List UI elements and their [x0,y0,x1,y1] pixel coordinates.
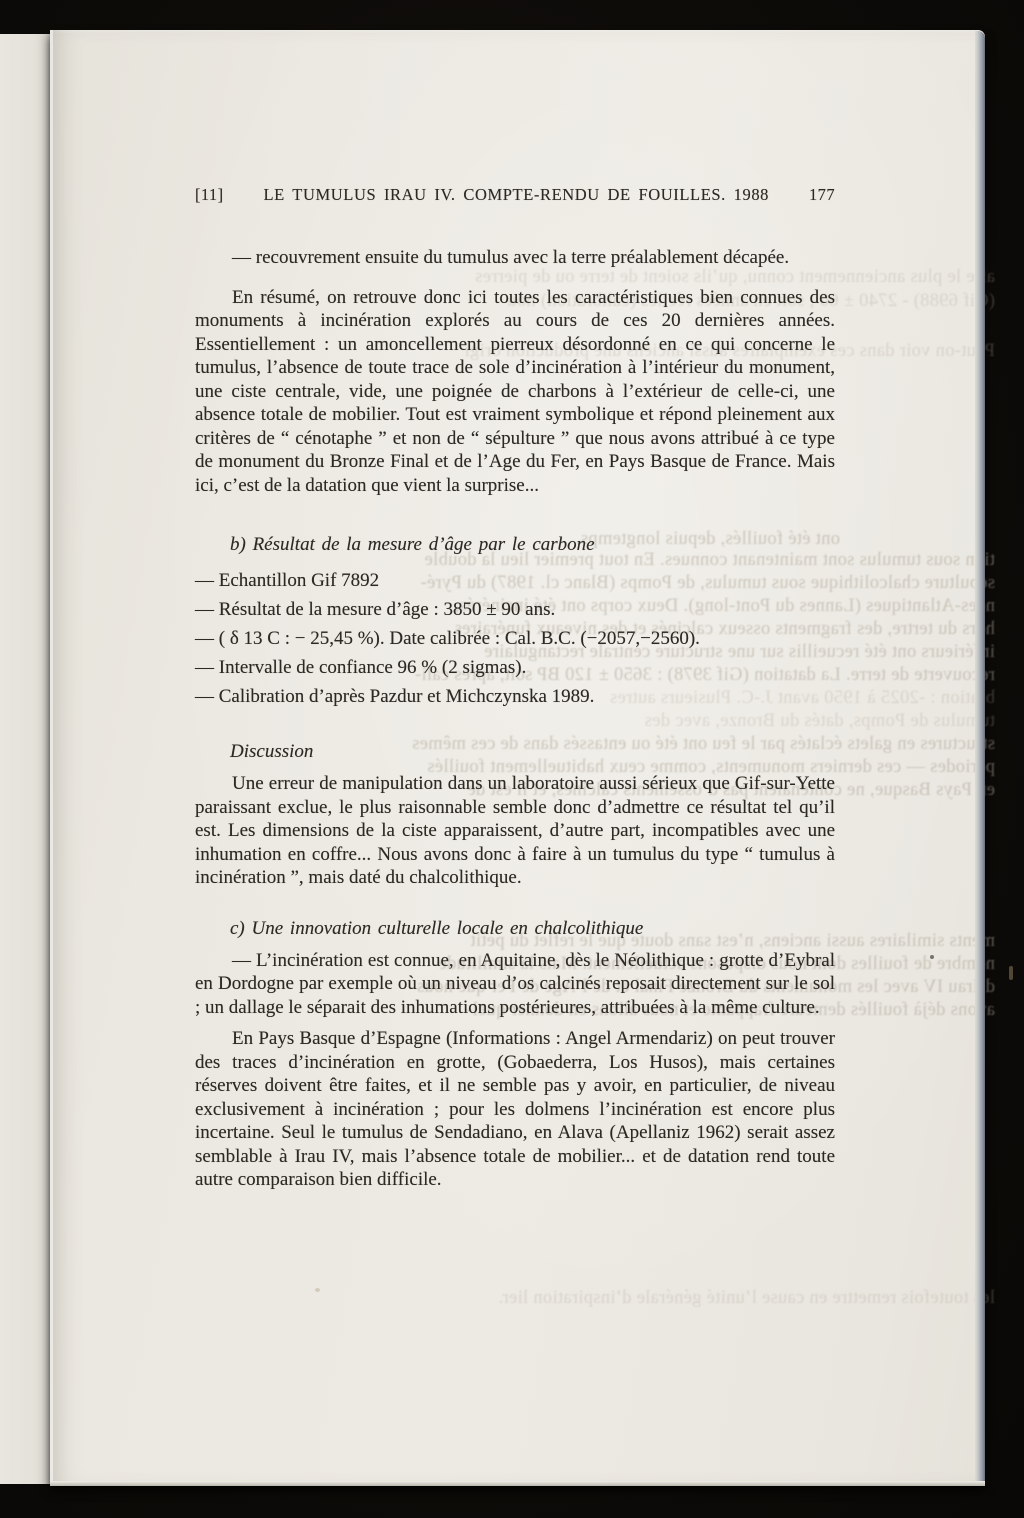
section-c-heading: c) Une innovation culturelle locale en c… [195,917,835,941]
running-header: [11] LE TUMULUS IRAU IV. COMPTE-RENDU DE… [195,185,835,205]
header-page-number: 177 [809,185,835,205]
list-item-calibration: — Calibration d’après Pazdur et Michczyn… [195,682,835,711]
section-b-heading: b) Résultat de la mesure d’âge par le ca… [195,533,835,557]
book-page: aire le plus anciennement connu, qu’ils … [50,30,985,1485]
measurement-list: — Echantillon Gif 7892 — Résultat de la … [195,566,835,711]
facing-page-edge [0,34,50,1484]
fore-edge-page-stack [975,31,985,1485]
ink-speck [930,955,934,959]
header-title: LE TUMULUS IRAU IV. COMPTE-RENDU DE FOUI… [264,185,770,205]
paragraph-discussion: Une erreur de manipulation dans un labor… [195,772,835,890]
paragraph-recouvrement: — recouvrement ensuite du tumulus avec l… [195,246,835,270]
list-item-delta13c: — ( δ 13 C : − 25,45 %). Date calibrée :… [195,624,835,653]
scanned-book-photo: aire le plus anciennement connu, qu’ils … [0,0,1024,1518]
background-speck [1009,966,1013,980]
discussion-heading: Discussion [195,740,835,764]
list-item-intervalle: — Intervalle de confiance 96 % (2 sigmas… [195,653,835,682]
paragraph-pays-basque-espagne: En Pays Basque d’Espagne (Informations :… [195,1027,835,1192]
paragraph-incineration-aquitaine: — L’incinération est connue, en Aquitain… [195,949,835,1020]
paragraph-en-resume: En résumé, on retrouve donc ici toutes l… [195,286,835,498]
paper-blemish [315,1288,320,1292]
text-block: [11] LE TUMULUS IRAU IV. COMPTE-RENDU DE… [195,185,835,1192]
list-item-resultat: — Résultat de la mesure d’âge : 3850 ± 9… [195,595,835,624]
header-section-number: [11] [195,185,223,205]
list-item-echantillon: — Echantillon Gif 7892 [195,566,835,595]
